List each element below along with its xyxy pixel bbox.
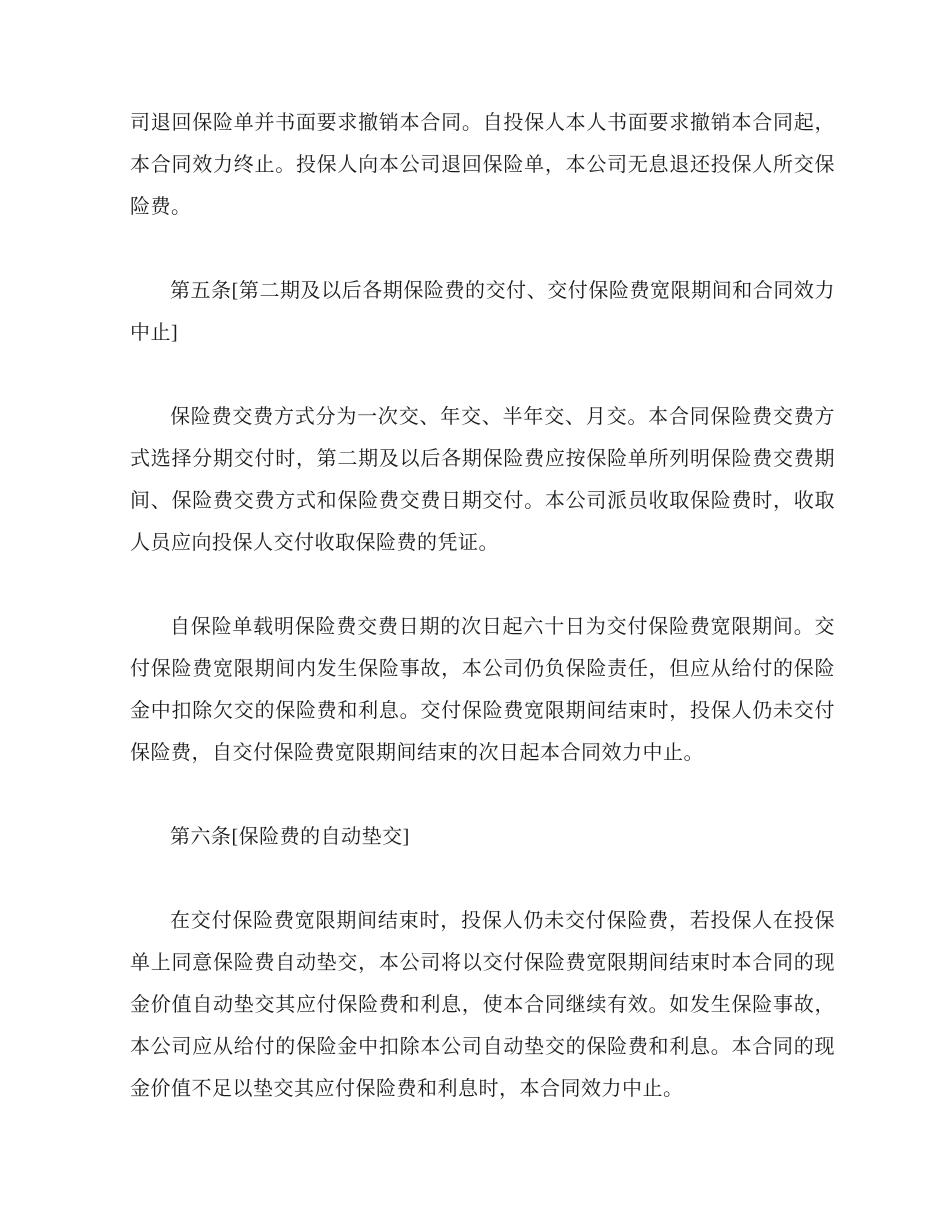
clause-6-paragraph-1: 在交付保险费宽限期间结束时，投保人仍未交付保险费，若投保人在投保单上同意保险费自…: [130, 900, 835, 1110]
clause-5-paragraph-2: 自保险单载明保险费交费日期的次日起六十日为交付保险费宽限期间。交付保险费宽限期间…: [130, 606, 835, 774]
clause-5-paragraph-1: 保险费交费方式分为一次交、年交、半年交、月交。本合同保险费交费方式选择分期交付时…: [130, 396, 835, 564]
document-page: 司退回保险单并书面要求撤销本合同。自投保人本人书面要求撤销本合同起，本合同效力终…: [0, 0, 950, 1230]
clause-4-continuation-paragraph: 司退回保险单并书面要求撤销本合同。自投保人本人书面要求撤销本合同起，本合同效力终…: [130, 102, 835, 228]
clause-5-heading: 第五条[第二期及以后各期保险费的交付、交付保险费宽限期间和合同效力中止]: [130, 270, 835, 354]
clause-6-heading: 第六条[保险费的自动垫交]: [130, 816, 835, 858]
